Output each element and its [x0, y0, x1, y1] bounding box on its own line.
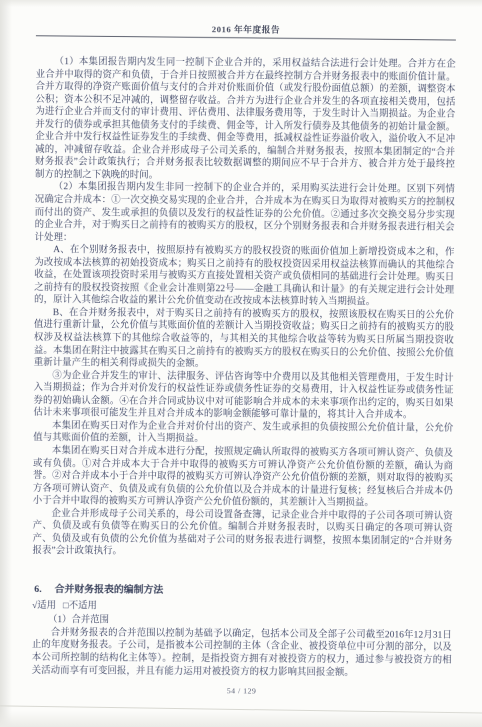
- paragraph-merger-same-control: （1）本集团报告期内发生同一控制下企业合并的，采用权益结合法进行会计处理。合并方…: [35, 56, 456, 184]
- page-number: 54 / 129: [227, 686, 257, 695]
- paragraph-consolidation-scope: 合并财务报表的合并范围以控制为基础予以确定，包括本公司及全部子公司截至2016年…: [32, 627, 452, 680]
- page-footer: 54 / 129: [32, 685, 452, 697]
- scan-edge-left: [0, 0, 12, 727]
- page-content: 2016 年年度报告 （1）本集团报告期内发生同一控制下企业合并的，采用权益结合…: [32, 22, 456, 697]
- paragraph-item-b-consolidated-statements: B、在合并财务报表中，对于购买日之前持有的被购买方的股权，按照该股权在购买日的公…: [34, 307, 454, 373]
- section-title: 合并财务报表的编制方法: [55, 584, 164, 596]
- paragraph-intermediary-fees: ③为企业合并发生的审计、法律服务、评估咨询等中介费用以及其他相关管理费用，于发生…: [33, 370, 453, 423]
- not-applicable-unchecked-option: □不适用: [63, 601, 97, 611]
- paragraph-fair-value-measurement: 本集团在购买日对作为企业合并对价付出的资产、发生或承担的负债按照公允价值计量，公…: [33, 420, 453, 448]
- paragraph-item-a-separate-statements: A、在个别财务报表中，按照原持有被购买方的股权投资的账面价值加上新增投资成本之和…: [34, 244, 454, 310]
- report-title: 2016 年年度报告: [36, 22, 456, 37]
- document-body: （1）本集团报告期内发生同一控制下企业合并的，采用权益结合法进行会计处理。合并方…: [32, 56, 456, 680]
- applicability-line: √适用□不适用: [32, 600, 452, 616]
- paragraph-merger-non-same-control: （2）本集团报告期内发生非同一控制下的企业合并的，采用购买法进行会计处理。区别下…: [35, 181, 455, 247]
- paragraph-cost-allocation-goodwill: 本集团在购买日对合并成本进行分配，按照规定确认所取得的被购买方各项可辨认资产、负…: [33, 445, 453, 511]
- section-number: 6.: [34, 584, 41, 595]
- scanned-report-page: 2016 年年度报告 （1）本集团报告期内发生同一控制下企业合并的，采用权益结合…: [0, 0, 482, 727]
- scan-edge-top: [0, 0, 482, 7]
- section-6-heading: 6.合并财务报表的编制方法: [32, 583, 452, 599]
- page-header: 2016 年年度报告: [36, 22, 456, 40]
- applicable-checked-option: √适用: [32, 601, 56, 611]
- scan-edge-bottom: [0, 711, 482, 727]
- paragraph-parent-subsidiary-register: 企业合并形成母子公司关系的，母公司设置备查簿，记录企业合并中取得的子公司各项可辨…: [32, 508, 452, 561]
